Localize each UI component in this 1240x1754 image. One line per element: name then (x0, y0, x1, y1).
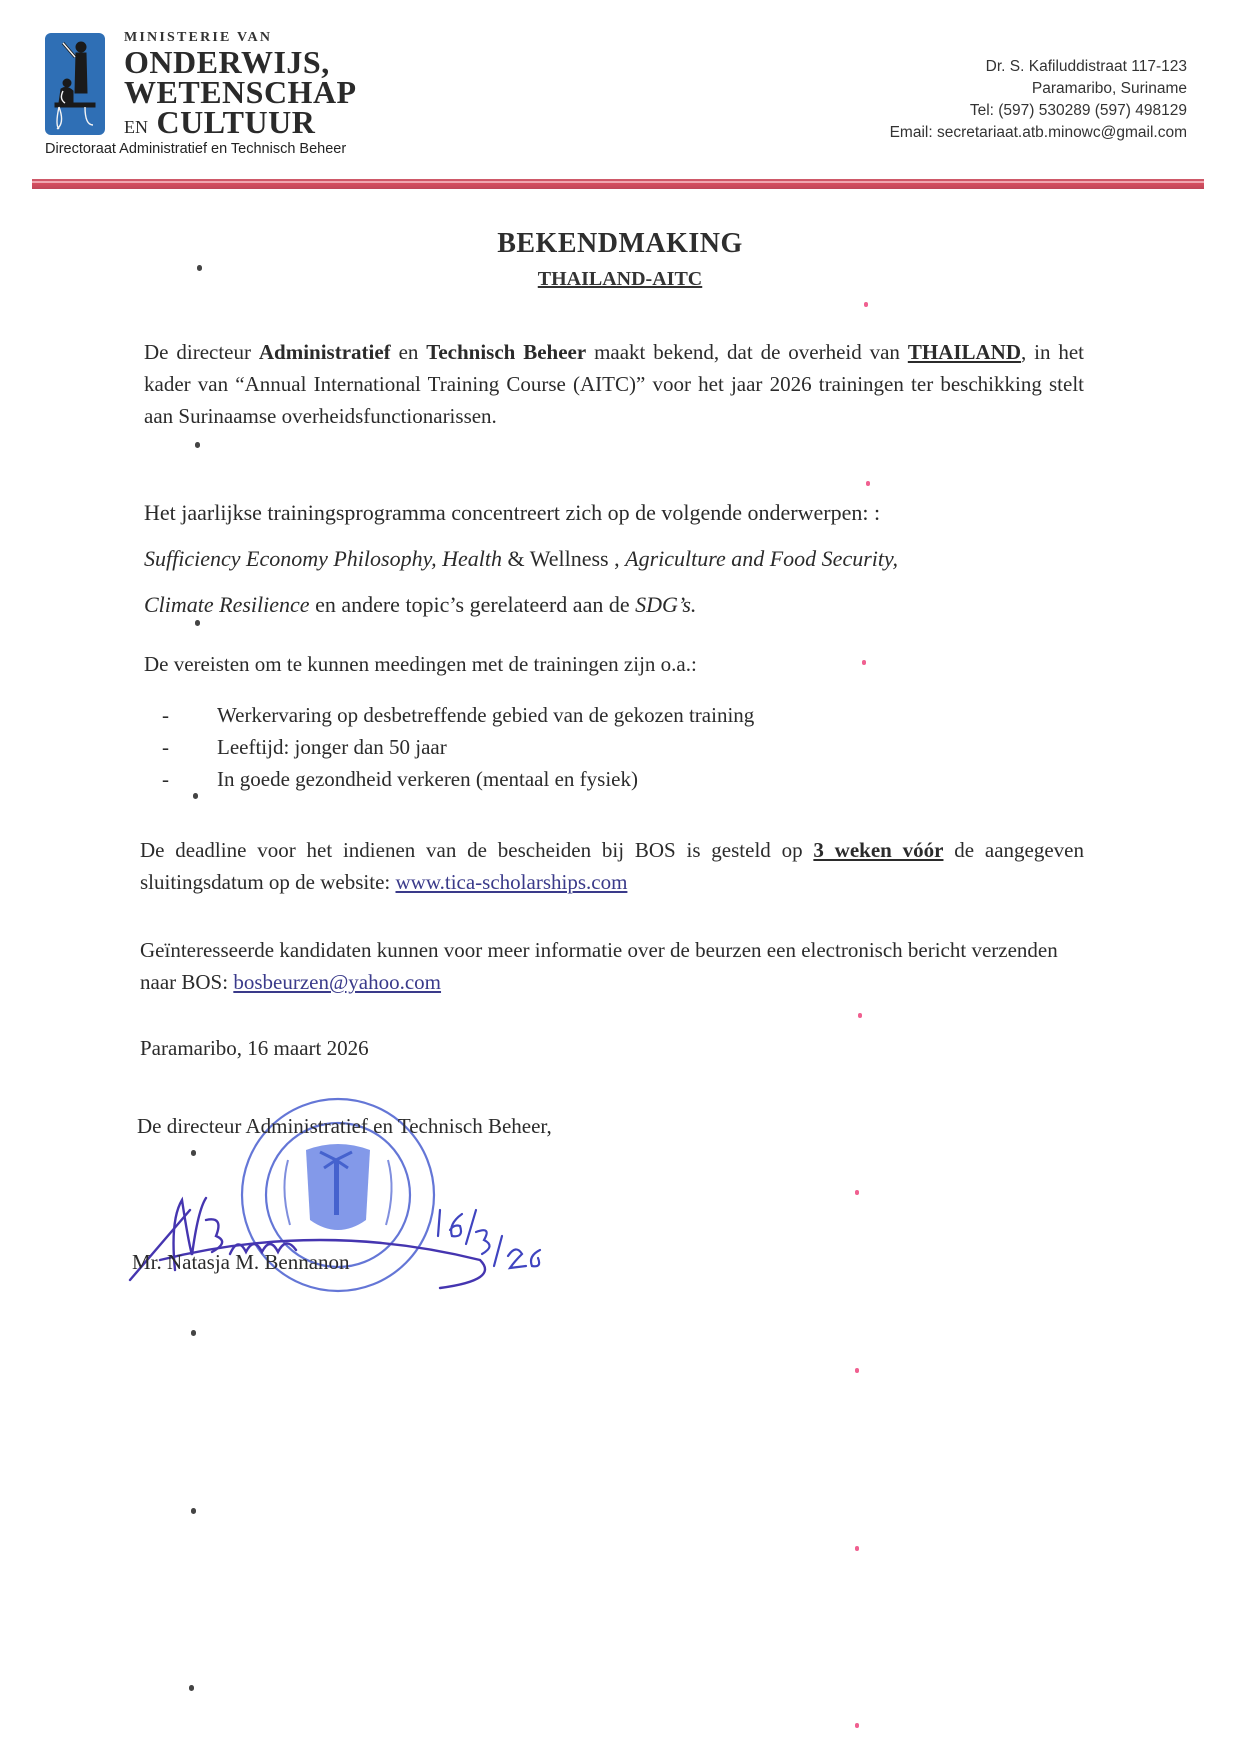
address-city: Paramaribo, Suriname (890, 78, 1187, 100)
document-subtitle: THAILAND-AITC (0, 268, 1240, 291)
bullet-dash: - (162, 735, 169, 760)
topics-line-2: Climate Resilience en andere topic’s ger… (144, 582, 1104, 628)
ministry-name-line2: ONDERWIJS, (124, 48, 330, 76)
directorate-name: Directoraat Administratief en Technisch … (45, 141, 346, 157)
scan-speck-pink (855, 1190, 859, 1195)
ministry-emblem-icon (45, 33, 105, 135)
scan-speck-pink (855, 1368, 859, 1373)
p1-bold-technisch-beheer: Technisch Beheer (426, 340, 586, 364)
header-rule-highlight (32, 181, 1204, 183)
scan-speck-pink (858, 1013, 862, 1018)
scan-speck (197, 265, 202, 271)
topic-climate: Climate Resilience (144, 592, 310, 617)
place-date: Paramaribo, 16 maart 2026 (140, 1032, 369, 1064)
p1-text-3: maakt bekend, dat de overheid van (586, 340, 908, 364)
scan-speck (195, 620, 200, 626)
scan-speck-pink (855, 1723, 859, 1728)
bullet-dash: - (162, 767, 169, 792)
topics-intro: Het jaarlijkse trainingsprogramma concen… (144, 490, 1104, 536)
topic-wellness: & Wellness , (502, 546, 625, 571)
deadline-paragraph: De deadline voor het indienen van de bes… (140, 834, 1084, 898)
scan-speck (195, 442, 200, 448)
scan-speck (191, 1150, 196, 1156)
topics-text-other: en andere topic’s gerelateerd aan de (310, 592, 636, 617)
topics-paragraph: Het jaarlijkse trainingsprogramma concen… (144, 490, 1104, 628)
deadline-bold: 3 weken vóór (813, 838, 943, 862)
ministry-name-cultuur: CULTUUR (157, 104, 316, 140)
bullet-dash: - (162, 703, 169, 728)
topic-agriculture: Agriculture and Food Security, (625, 546, 898, 571)
contact-paragraph: Geïnteresseerde kandidaten kunnen voor m… (140, 934, 1080, 998)
topic-sdgs: SDG’s. (635, 592, 696, 617)
email-link[interactable]: bosbeurzen@yahoo.com (233, 970, 441, 994)
scan-speck (191, 1508, 196, 1514)
signatory-name: Mr. Natasja M. Bennanon (132, 1246, 350, 1278)
topics-line-1: Sufficiency Economy Philosophy, Health &… (144, 536, 1104, 582)
requirement-text: In goede gezondheid verkeren (mentaal en… (217, 767, 638, 792)
scan-speck (189, 1685, 194, 1691)
ministry-name-en: EN (124, 117, 148, 137)
scan-speck-pink (855, 1546, 859, 1551)
address-block: Dr. S. Kafiluddistraat 117-123 Paramarib… (890, 56, 1187, 144)
document-title: BEKENDMAKING (0, 228, 1240, 260)
ministry-name-line3: WETENSCHAP (124, 78, 357, 106)
p1-bold-thailand: THAILAND (908, 340, 1021, 364)
scan-speck (193, 793, 198, 799)
requirement-text: Leeftijd: jonger dan 50 jaar (217, 735, 447, 760)
address-email: Email: secretariaat.atb.minowc@gmail.com (890, 122, 1187, 144)
requirement-text: Werkervaring op desbetreffende gebied va… (217, 703, 754, 728)
announcement-paragraph: De directeur Administratief en Technisch… (144, 336, 1084, 432)
topic-sufficiency-health: Sufficiency Economy Philosophy, Health (144, 546, 502, 571)
scan-speck-pink (862, 660, 866, 665)
p1-text-1: De directeur (144, 340, 259, 364)
scan-speck (191, 1330, 196, 1336)
document-subtitle-text: THAILAND-AITC (538, 268, 702, 290)
ministry-logo (45, 33, 105, 135)
deadline-text-1: De deadline voor het indienen van de bes… (140, 838, 813, 862)
p1-text-2: en (391, 340, 427, 364)
website-link[interactable]: www.tica-scholarships.com (395, 870, 627, 894)
ministry-name-line4: EN CULTUUR (124, 108, 315, 141)
address-tel: Tel: (597) 530289 (597) 498129 (890, 100, 1187, 122)
signatory-role: De directeur Administratief en Technisch… (137, 1110, 552, 1142)
p1-bold-administratief: Administratief (259, 340, 391, 364)
scan-speck-pink (866, 481, 870, 486)
requirements-intro: De vereisten om te kunnen meedingen met … (144, 648, 697, 680)
address-street: Dr. S. Kafiluddistraat 117-123 (890, 56, 1187, 78)
scan-speck-pink (864, 302, 868, 307)
